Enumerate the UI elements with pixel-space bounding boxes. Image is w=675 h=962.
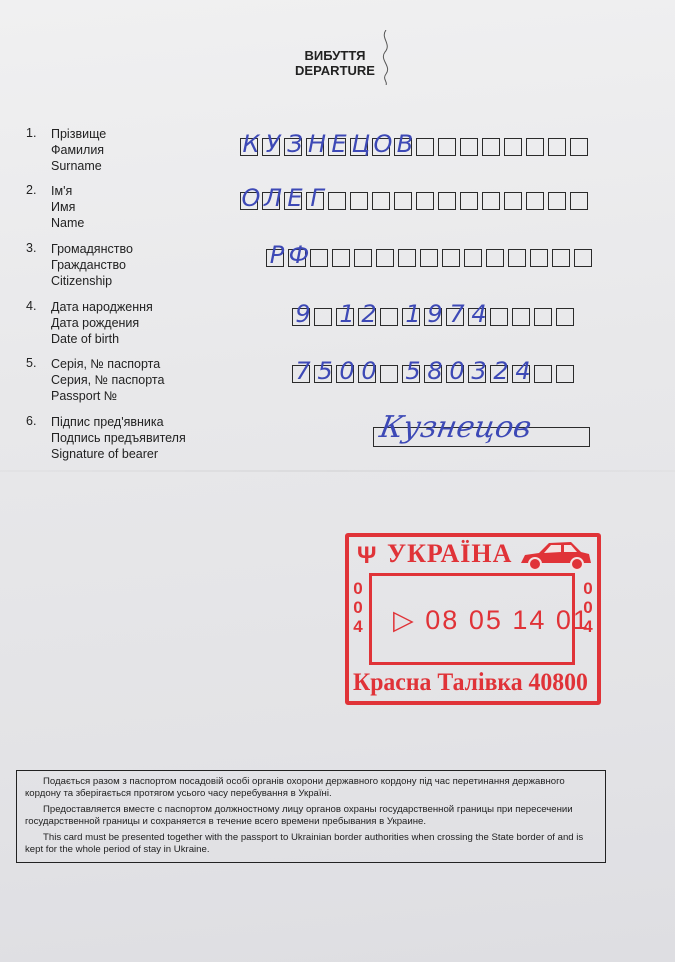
char-box[interactable] [552, 249, 570, 267]
handwritten-char: З [284, 130, 306, 158]
handwritten-char: Е [328, 130, 350, 158]
surname-value: КУЗНЕЦОВ [240, 130, 416, 158]
field-labels: Підпис пред'явника Подпись предъявителя … [51, 414, 186, 462]
field-number: 2. [26, 183, 36, 197]
notice-ua: Подається разом з паспортом посадовій ос… [25, 776, 597, 800]
char-box[interactable] [460, 192, 478, 210]
char-box[interactable] [486, 249, 504, 267]
trident-icon: Ψ [357, 542, 376, 570]
char-box[interactable] [442, 249, 460, 267]
handwritten-char: 1 [402, 300, 424, 328]
handwritten-char: 7 [446, 300, 468, 328]
handwritten-char: У [262, 130, 284, 158]
char-box[interactable] [394, 192, 412, 210]
stamp-date-code: 08 05 14 01 [425, 605, 590, 635]
field-labels: Серія, № паспорта Серия, № паспорта Pass… [51, 356, 164, 404]
departure-card: ВИБУТТЯ DEPARTURE 1. Прізвище Фамилия Su… [0, 0, 675, 962]
handwritten-char: 9 [424, 300, 446, 328]
char-box[interactable] [490, 308, 508, 326]
handwritten-char: 0 [336, 357, 358, 385]
car-icon [517, 537, 593, 573]
field-number: 1. [26, 126, 36, 140]
title-ua: ВИБУТТЯ [260, 48, 410, 63]
field-labels: Громадянство Гражданство Citizenship [51, 241, 133, 289]
handwritten-char [380, 300, 402, 328]
handwritten-char: 4 [468, 300, 490, 328]
stamp-date: ▷ 08 05 14 01 [393, 605, 590, 636]
char-box[interactable] [354, 249, 372, 267]
char-box[interactable] [372, 192, 390, 210]
label-ua: Прізвище [51, 126, 106, 142]
stamp-country: УКРАЇНА [387, 539, 512, 569]
char-box[interactable] [328, 192, 346, 210]
char-box[interactable] [570, 138, 588, 156]
handwritten-char: 1 [336, 300, 358, 328]
handwritten-char: В [394, 130, 416, 158]
citizenship-boxes[interactable] [266, 249, 596, 267]
field-number: 4. [26, 299, 36, 313]
char-box[interactable] [556, 365, 574, 383]
notice-en: This card must be presented together wit… [25, 832, 597, 856]
handwritten-char: Н [306, 130, 328, 158]
handwritten-char: 8 [424, 357, 446, 385]
citizenship-value: РФ [266, 241, 310, 269]
card-title: ВИБУТТЯ DEPARTURE [260, 48, 410, 78]
char-box[interactable] [574, 249, 592, 267]
passport-value: 7500 580324 [292, 357, 534, 385]
char-box[interactable] [350, 192, 368, 210]
handwritten-char [314, 300, 336, 328]
label-ru: Фамилия [51, 142, 106, 158]
handwritten-char: 9 [292, 300, 314, 328]
handwritten-char: Е [284, 184, 306, 212]
char-box[interactable] [504, 192, 522, 210]
char-box[interactable] [526, 192, 544, 210]
label-en: Date of birth [51, 331, 153, 347]
handwritten-char: 2 [490, 357, 512, 385]
char-box[interactable] [438, 138, 456, 156]
handwritten-char: 7 [292, 357, 314, 385]
label-en: Surname [51, 158, 106, 174]
handwritten-char: О [372, 130, 394, 158]
char-box[interactable] [512, 308, 530, 326]
label-en: Signature of bearer [51, 446, 186, 462]
border-stamp: Ψ УКРАЇНА 004 004 ▷ 08 05 14 01 Красна Т… [345, 533, 601, 705]
label-ua: Громадянство [51, 241, 133, 257]
title-en: DEPARTURE [260, 63, 410, 78]
char-box[interactable] [438, 192, 456, 210]
fold-crease [0, 470, 675, 472]
char-box[interactable] [556, 308, 574, 326]
char-box[interactable] [534, 308, 552, 326]
handwritten-char: 0 [446, 357, 468, 385]
dob-value: 9 12 1974 [292, 300, 490, 328]
notice-ru: Предоставляется вместе с паспортом должн… [25, 804, 597, 828]
stamp-checkpoint: Красна Талівка 40800 [353, 669, 588, 697]
char-box[interactable] [526, 138, 544, 156]
char-box[interactable] [376, 249, 394, 267]
handwritten-char: 3 [468, 357, 490, 385]
label-ru: Имя [51, 199, 84, 215]
label-ua: Дата народження [51, 299, 153, 315]
label-ru: Гражданство [51, 257, 133, 273]
char-box[interactable] [534, 365, 552, 383]
field-number: 6. [26, 414, 36, 428]
char-box[interactable] [570, 192, 588, 210]
handwritten-char: Ц [350, 130, 372, 158]
notice-box: Подається разом з паспортом посадовій ос… [16, 770, 606, 863]
label-en: Name [51, 215, 84, 231]
char-box[interactable] [416, 138, 434, 156]
char-box[interactable] [530, 249, 548, 267]
char-box[interactable] [508, 249, 526, 267]
signature-value: Кузнецов [377, 410, 534, 445]
char-box[interactable] [332, 249, 350, 267]
handwritten-char: 5 [402, 357, 424, 385]
label-ru: Серия, № паспорта [51, 372, 164, 388]
char-box[interactable] [464, 249, 482, 267]
char-box[interactable] [420, 249, 438, 267]
handwritten-char [380, 357, 402, 385]
label-ru: Подпись предъявителя [51, 430, 186, 446]
label-en: Citizenship [51, 273, 133, 289]
char-box[interactable] [482, 192, 500, 210]
handwritten-char: Л [262, 184, 284, 212]
field-labels: Ім'я Имя Name [51, 183, 84, 231]
char-box[interactable] [504, 138, 522, 156]
direction-arrow-icon: ▷ [393, 605, 416, 635]
handwritten-char: Г [306, 184, 328, 212]
field-labels: Дата народження Дата рождения Date of bi… [51, 299, 153, 347]
field-number: 5. [26, 356, 36, 370]
handwritten-char: 4 [512, 357, 534, 385]
name-value: ОЛЕГ [240, 184, 328, 212]
handwritten-char: О [240, 184, 262, 212]
char-box[interactable] [310, 249, 328, 267]
label-ua: Ім'я [51, 183, 84, 199]
field-number: 3. [26, 241, 36, 255]
handwritten-char: 2 [358, 300, 380, 328]
field-labels: Прізвище Фамилия Surname [51, 126, 106, 174]
char-box[interactable] [548, 138, 566, 156]
char-box[interactable] [398, 249, 416, 267]
label-ru: Дата рождения [51, 315, 153, 331]
handwritten-char: Ф [288, 241, 310, 269]
char-box[interactable] [482, 138, 500, 156]
handwritten-char: 0 [358, 357, 380, 385]
handwritten-char: К [240, 130, 262, 158]
label-en: Passport № [51, 388, 164, 404]
char-box[interactable] [548, 192, 566, 210]
label-ua: Підпис пред'явника [51, 414, 186, 430]
stamp-side-code-left: 004 [349, 579, 367, 636]
char-box[interactable] [460, 138, 478, 156]
handwritten-char: Р [266, 241, 288, 269]
handwritten-char: 5 [314, 357, 336, 385]
char-box[interactable] [416, 192, 434, 210]
label-ua: Серія, № паспорта [51, 356, 164, 372]
